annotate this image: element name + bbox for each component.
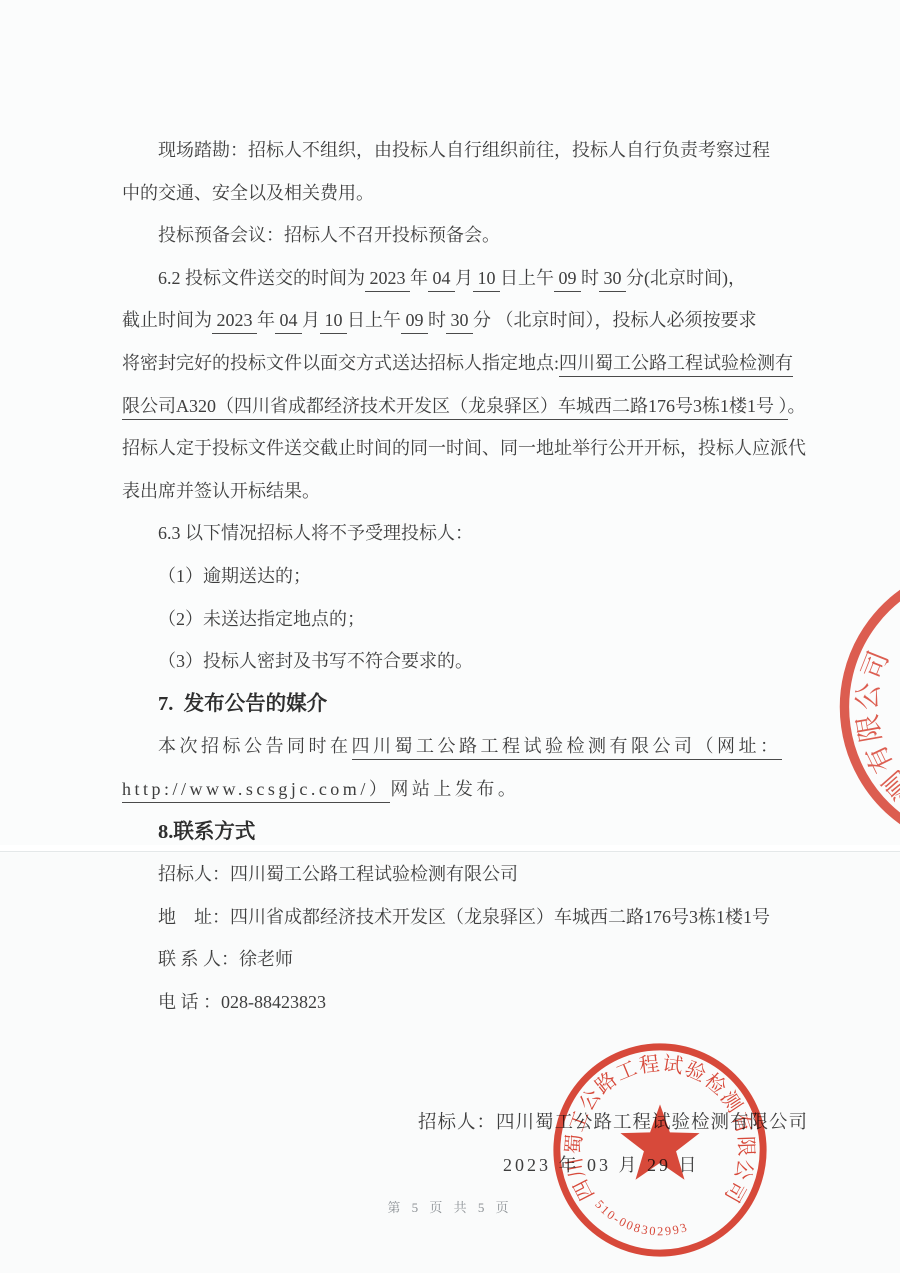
- text-segment: 将密封完好的投标文件以面交方式送达招标人指定地点:: [122, 353, 559, 373]
- doc-line-19: 地 址：四川省成都经济技术开发区（龙泉驿区）车城西二路176号3栋1楼1号: [122, 896, 822, 939]
- doc-line-13: （3）投标人密封及书写不符合要求的。: [122, 640, 822, 683]
- text-segment: 表出席并签认开标结果。: [122, 481, 320, 501]
- text-segment: 本次招标公告同时在: [158, 736, 352, 756]
- text-segment: 6.2 投标文件送交的时间为: [158, 268, 365, 288]
- text-segment: （1）逾期送达的；: [158, 566, 311, 586]
- text-segment: 分(北京时间)，: [626, 268, 746, 288]
- text-segment: 年: [410, 268, 428, 288]
- underlined-text-segment: 限公司A320（四川省成都经济技术开发区（龙泉驿区）车城西二路176号3栋1楼1…: [122, 396, 788, 420]
- signature-date: 2023 年 03 月 29 日: [503, 1151, 700, 1177]
- doc-line-12: （2）未送达指定地点的；: [122, 598, 822, 641]
- underlined-text-segment: 09: [554, 268, 581, 292]
- page-number-footer: 第 5 页 共 5 页: [0, 1197, 900, 1216]
- doc-line-11: （1）逾期送达的；: [122, 555, 822, 598]
- text-segment: 月: [455, 268, 473, 288]
- text-segment: 7. 发布公告的媒介: [158, 693, 327, 715]
- text-segment: 8.联系方式: [158, 821, 255, 843]
- text-segment: 现场踏勘：招标人不组织，由投标人自行组织前往，投标人自行负责考察过程: [158, 140, 770, 160]
- text-segment: 招标人：四川蜀工公路工程试验检测有限公司: [158, 864, 518, 884]
- seal-company-arc-text: 四川蜀工公路工程试验检测有限公司: [842, 611, 900, 857]
- text-segment: 截止时间为: [122, 310, 212, 330]
- text-segment: 6.3 以下情况招标人将不予受理投标人：: [158, 523, 473, 543]
- doc-line-9: 表出席并签认开标结果。: [122, 470, 822, 513]
- text-segment: 地 址：四川省成都经济技术开发区（龙泉驿区）车城西二路176号3栋1楼1号: [158, 907, 770, 927]
- doc-line-4: 6.2 投标文件送交的时间为 2023 年 04 月 10 日上午 09 时 3…: [122, 257, 822, 300]
- doc-line-10: 6.3 以下情况招标人将不予受理投标人：: [122, 512, 822, 555]
- underlined-text-segment: 10: [320, 310, 347, 334]
- doc-line-8: 招标人定于投标文件送交截止时间的同一时间、同一地址举行公开开标，投标人应派代: [122, 427, 822, 470]
- doc-line-17: 8.联系方式: [122, 811, 822, 854]
- seal-ring: [826, 549, 900, 864]
- text-segment: （2）未送达指定地点的；: [158, 609, 365, 629]
- doc-line-7: 限公司A320（四川省成都经济技术开发区（龙泉驿区）车城西二路176号3栋1楼1…: [122, 385, 822, 428]
- underlined-text-segment: 2023: [365, 268, 410, 292]
- text-segment: 日上午: [500, 268, 554, 288]
- underlined-text-segment: 09: [401, 310, 428, 334]
- text-segment: 投标预备会议：招标人不召开投标预备会。: [158, 225, 500, 245]
- underlined-text-segment: 30: [446, 310, 473, 334]
- text-segment: 网站上发布。: [390, 779, 519, 799]
- doc-line-14: 7. 发布公告的媒介: [122, 683, 822, 726]
- doc-line-21: 电 话 ：028-88423823: [122, 981, 822, 1024]
- doc-line-1: 现场踏勘：招标人不组织，由投标人自行组织前往，投标人自行负责考察过程: [122, 129, 822, 172]
- text-segment: 电 话 ：028-88423823: [158, 992, 326, 1012]
- text-segment: 中的交通、安全以及相关费用。: [122, 183, 374, 203]
- text-segment: 时: [428, 310, 446, 330]
- underlined-text-segment: http://www.scsgjc.com/）: [122, 779, 390, 803]
- underlined-text-segment: 四川蜀工公路工程试验检测有限公司（网址：: [352, 736, 782, 760]
- document-page: 现场踏勘：招标人不组织，由投标人自行组织前往，投标人自行负责考察过程中的交通、安…: [0, 0, 900, 1273]
- text-segment: 月: [302, 310, 320, 330]
- text-segment: 招标人定于投标文件送交截止时间的同一时间、同一地址举行公开开标，投标人应派代: [122, 438, 806, 458]
- doc-line-5: 截止时间为 2023 年 04 月 10 日上午 09 时 30 分 （北京时间…: [122, 299, 822, 342]
- text-segment: 分 （北京时间），投标人必须按要求: [473, 310, 757, 330]
- doc-line-15: 本次招标公告同时在四川蜀工公路工程试验检测有限公司（网址：: [122, 725, 822, 768]
- underlined-text-segment: 四川蜀工公路工程试验检测有: [559, 353, 793, 377]
- text-segment: 联 系 人：徐老师: [158, 949, 293, 969]
- signature-tenderer-line: 招标人：四川蜀工公路工程试验检测有限公司: [418, 1108, 808, 1134]
- underlined-text-segment: 30: [599, 268, 626, 292]
- underlined-text-segment: 10: [473, 268, 500, 292]
- document-body: 现场踏勘：招标人不组织，由投标人自行组织前往，投标人自行负责考察过程中的交通、安…: [122, 129, 822, 1023]
- text-segment: 时: [581, 268, 599, 288]
- doc-line-2: 中的交通、安全以及相关费用。: [122, 172, 822, 215]
- doc-line-20: 联 系 人：徐老师: [122, 938, 822, 981]
- text-segment: 年: [257, 310, 275, 330]
- doc-line-3: 投标预备会议：招标人不召开投标预备会。: [122, 214, 822, 257]
- underlined-text-segment: 2023: [212, 310, 257, 334]
- doc-line-16: http://www.scsgjc.com/）网站上发布。: [122, 768, 822, 811]
- text-segment: 日上午: [347, 310, 401, 330]
- doc-line-18: 招标人：四川蜀工公路工程试验检测有限公司: [122, 853, 822, 896]
- doc-line-6: 将密封完好的投标文件以面交方式送达招标人指定地点:四川蜀工公路工程试验检测有: [122, 342, 822, 385]
- underlined-text-segment: 04: [428, 268, 455, 292]
- underlined-text-segment: 04: [275, 310, 302, 334]
- text-segment: （3）投标人密封及书写不符合要求的。: [158, 651, 473, 671]
- text-segment: 。: [788, 396, 806, 416]
